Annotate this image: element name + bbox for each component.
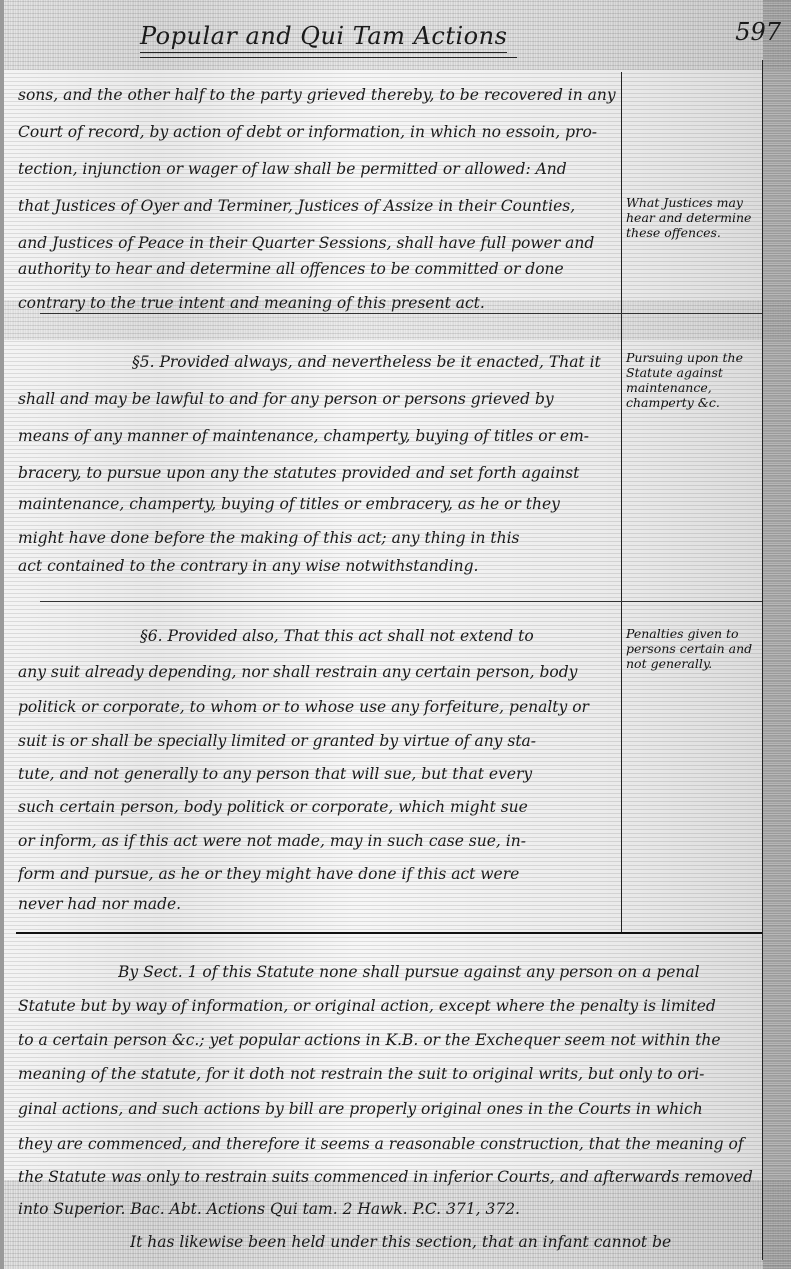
margin-note: What Justices may hear and determine the… (626, 195, 760, 240)
manuscript-page: Popular and Qui Tam Actions 597 sons, an… (0, 0, 791, 1269)
page-edge (763, 0, 791, 1269)
margin-divider (621, 72, 622, 932)
text-line: act contained to the contrary in any wis… (18, 556, 618, 576)
text-line: maintenance, champerty, buying of titles… (18, 494, 618, 514)
section-5-heading: §5. Provided always, and nevertheless be… (132, 352, 618, 372)
commentary-line: the Statute was only to restrain suits c… (18, 1167, 760, 1187)
commentary-line: Statute but by way of information, or or… (18, 996, 760, 1016)
text-line: bracery, to pursue upon any the statutes… (18, 463, 618, 483)
margin-note: Penalties given to persons certain and n… (626, 626, 760, 671)
text-line: and Justices of Peace in their Quarter S… (18, 233, 618, 253)
margin-note: Pursuing upon the Statute against mainte… (626, 350, 760, 410)
scan-noise (0, 1180, 791, 1269)
page-edge (0, 0, 4, 1269)
text-line: never had nor made. (18, 894, 618, 914)
commentary-line: meaning of the statute, for it doth not … (18, 1064, 760, 1084)
text-line: authority to hear and determine all offe… (18, 259, 618, 279)
text-line: Court of record, by action of debt or in… (18, 122, 618, 142)
commentary-line: By Sect. 1 of this Statute none shall pu… (118, 962, 760, 982)
section-divider (40, 313, 762, 314)
text-line: that Justices of Oyer and Terminer, Just… (18, 196, 618, 216)
text-line: sons, and the other half to the party gr… (18, 85, 618, 105)
text-line: might have done before the making of thi… (18, 528, 618, 548)
text-line: suit is or shall be specially limited or… (18, 731, 618, 751)
text-line: politick or corporate, to whom or to who… (18, 697, 618, 717)
commentary-line: ginal actions, and such actions by bill … (18, 1099, 760, 1119)
text-line: any suit already depending, nor shall re… (18, 662, 618, 682)
text-line: form and pursue, as he or they might hav… (18, 864, 618, 884)
running-title: Popular and Qui Tam Actions (140, 22, 507, 53)
section-6-heading: §6. Provided also, That this act shall n… (140, 626, 618, 646)
text-line: such certain person, body politick or co… (18, 797, 618, 817)
text-line: shall and may be lawful to and for any p… (18, 389, 618, 409)
text-line: contrary to the true intent and meaning … (18, 293, 618, 313)
commentary-line: It has likewise been held under this sec… (130, 1232, 760, 1252)
section-divider (40, 601, 762, 602)
commentary-divider (16, 932, 762, 934)
right-border (762, 60, 763, 1260)
text-line: tection, injunction or wager of law shal… (18, 159, 618, 179)
commentary-line: into Superior. Bac. Abt. Actions Qui tam… (18, 1199, 760, 1219)
commentary-line: they are commenced, and therefore it see… (18, 1134, 760, 1154)
page-number: 597 (735, 18, 781, 46)
text-line: or inform, as if this act were not made,… (18, 831, 618, 851)
text-line: tute, and not generally to any person th… (18, 764, 618, 784)
text-line: means of any manner of maintenance, cham… (18, 426, 618, 446)
commentary-line: to a certain person &c.; yet popular act… (18, 1030, 760, 1050)
